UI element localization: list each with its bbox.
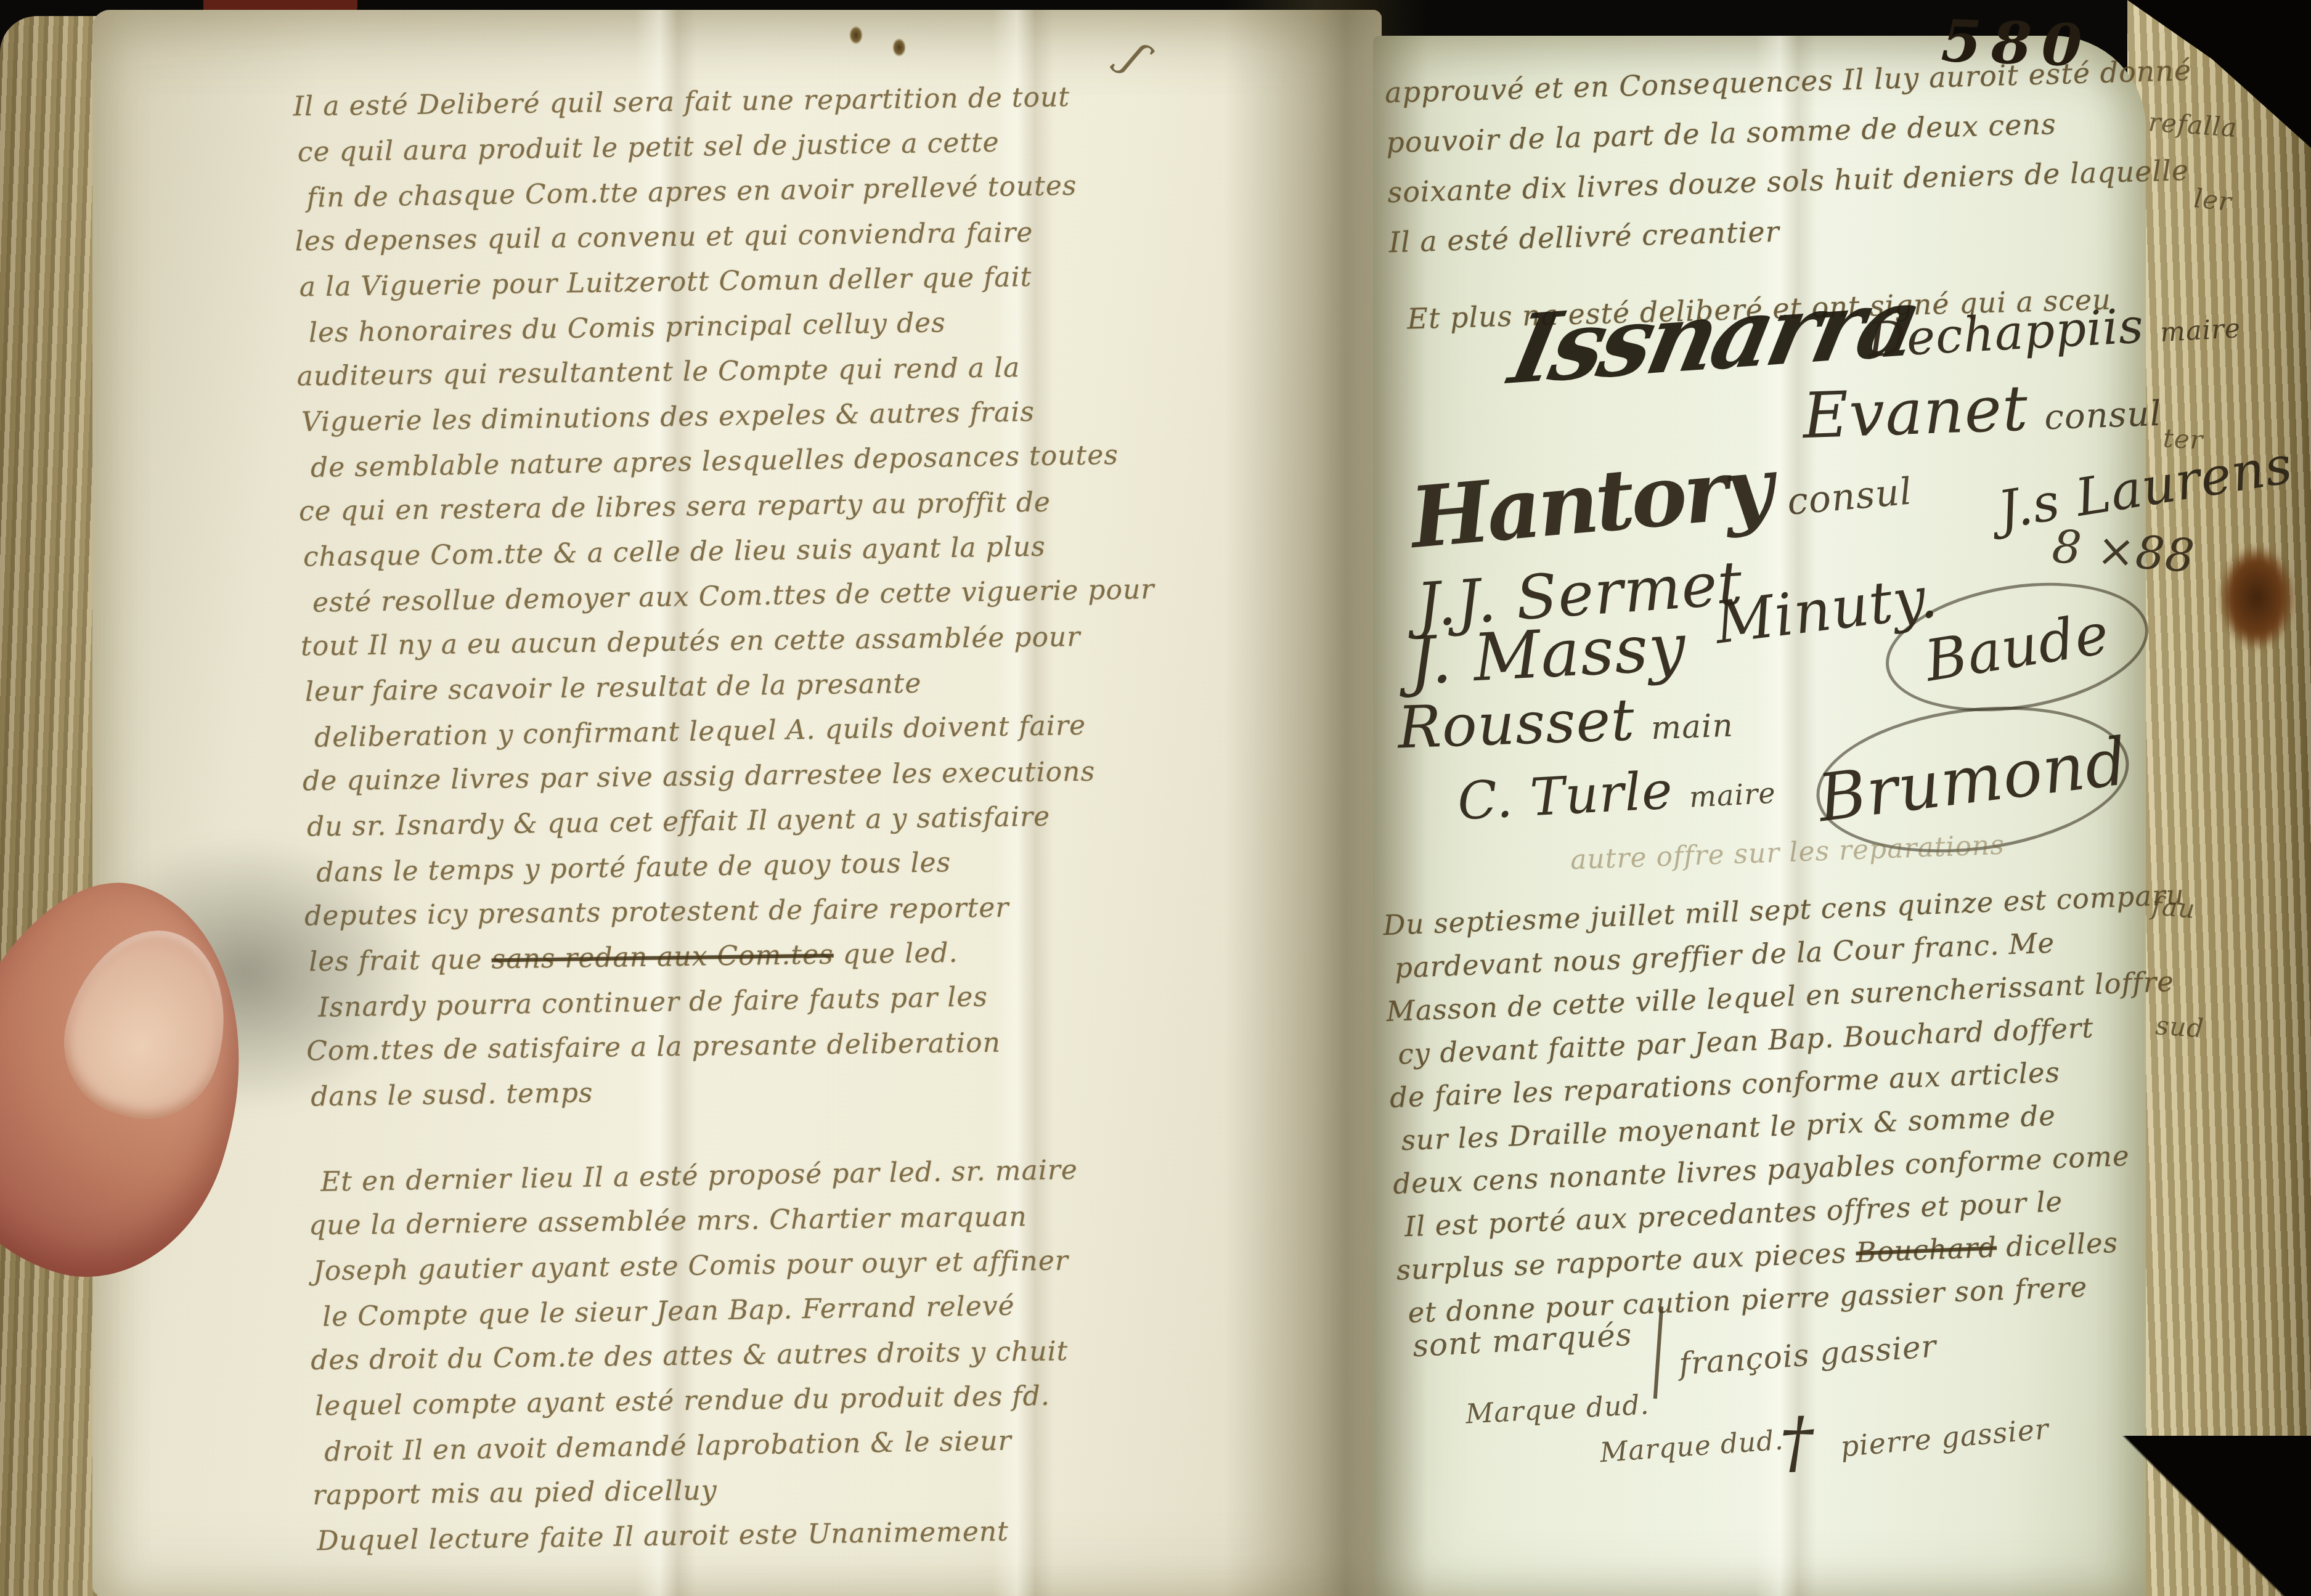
ink-stain <box>2207 530 2306 666</box>
edge-text-fragment: sud <box>2154 1010 2205 1043</box>
wormhole <box>849 26 863 44</box>
edge-text-fragment: refalla <box>2147 107 2238 143</box>
line-post: dicelles <box>1996 1226 2119 1264</box>
cross-mark-icon: † <box>1779 1402 1816 1482</box>
signature: Roussetmain <box>1396 683 1734 762</box>
signature: Baude <box>1885 585 2150 709</box>
right-page-paragraph-2: Du septiesme juillet mill sept cens quin… <box>1382 873 2200 1335</box>
signature-name: Rousset <box>1396 686 1636 762</box>
signature-role: maire <box>1689 776 1777 814</box>
signature-role: maire <box>2159 313 2241 348</box>
edge-text-fragment: fau <box>2151 890 2197 924</box>
wormhole <box>892 38 906 57</box>
signature-flourish: Baude <box>1877 566 2158 729</box>
signature-name: 8 ×88 <box>2050 520 2196 583</box>
struck-words: sans redan aux Com.tes <box>491 939 834 975</box>
background-shadow <box>2114 1436 2311 1596</box>
line-post: que led. <box>833 937 958 971</box>
signature-role: consul <box>1785 470 1914 524</box>
struck-word: Bouchard <box>1856 1231 1997 1269</box>
signature-role: consul <box>2044 394 2162 438</box>
signature-role: main <box>1650 707 1734 747</box>
signature: Brumond <box>1816 709 2130 850</box>
left-page-text: Il a esté Deliberé quil sera fait une re… <box>296 73 1159 1564</box>
manuscript-photo: ʃ Il a esté Deliberé quil sera fait une … <box>0 0 2311 1596</box>
signature-paraph-marks: 8 ×88 <box>2050 520 2196 583</box>
signature-name: C. Turle <box>1456 760 1674 831</box>
edge-text-fragment: ler <box>2193 183 2233 217</box>
signature-name: Brumond <box>1814 723 2132 836</box>
signature-name: Baude <box>1920 600 2113 694</box>
edge-text-fragment: ter <box>2162 423 2204 455</box>
